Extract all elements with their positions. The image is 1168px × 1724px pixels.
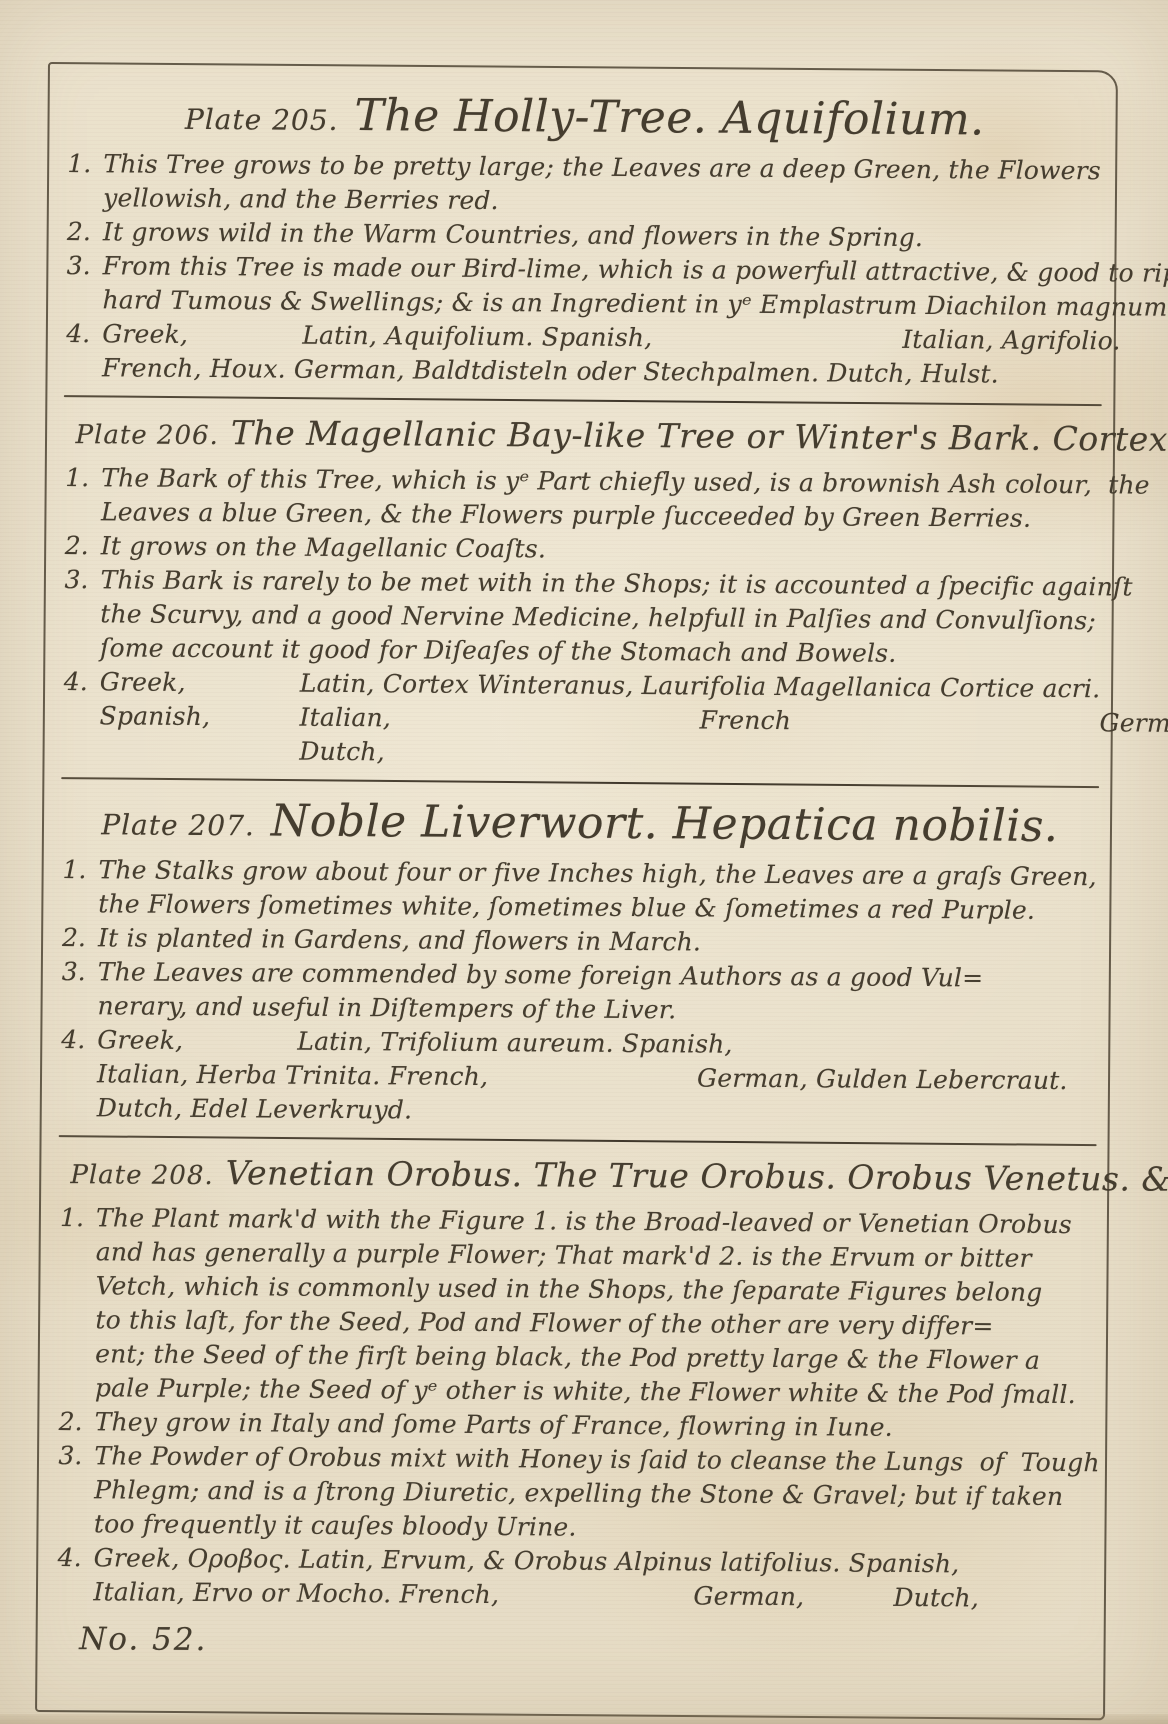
item-text: From this Tree is made our Bird-lime, wh… bbox=[102, 249, 1104, 324]
item-number: 3. bbox=[58, 1439, 94, 1473]
section-divider-rule bbox=[64, 395, 1102, 406]
item-number: 3. bbox=[64, 563, 100, 597]
item-number: 2. bbox=[62, 921, 98, 955]
item-number: 3. bbox=[67, 249, 103, 283]
item-number: 4. bbox=[66, 317, 102, 351]
plate-title: Noble Liverwort. Hepatica nobilis. bbox=[271, 795, 1059, 851]
plate-heading: Plate 208.Venetian Orobus. The True Orob… bbox=[56, 1152, 1098, 1198]
plate-sections: Plate 205.The Holly-Tree. Aquifolium. 1.… bbox=[53, 88, 1106, 1616]
plate-label: Plate 205. bbox=[185, 103, 339, 137]
item-text: Greek, Latin, Aquifolium. Spanish, Itali… bbox=[102, 317, 1104, 392]
item-text: This Tree grows to be pretty large; the … bbox=[103, 147, 1105, 222]
item-text: Greek, Οροβος. Latin, Ervum, & Orobus Al… bbox=[93, 1541, 1095, 1616]
plate-item: 4.Greek, Οροβος. Latin, Ervum, & Orobus … bbox=[57, 1541, 1095, 1616]
plate-items: 1.The Stalks grow about four or five Inc… bbox=[57, 853, 1101, 1132]
plate-section: Plate 205.The Holly-Tree. Aquifolium. 1.… bbox=[62, 88, 1106, 405]
page-bottom-edge bbox=[0, 1714, 1168, 1724]
item-line: Dutch, Edel Leverkruyd. bbox=[97, 1091, 1099, 1132]
item-text: Greek, Latin, Trifolium aureum. Spanish,… bbox=[97, 1023, 1100, 1132]
plate-item: 3.This Bark is rarely to be met with in … bbox=[64, 563, 1103, 672]
item-number: 4. bbox=[64, 665, 100, 699]
item-number: 3. bbox=[62, 955, 98, 989]
section-divider-rule bbox=[59, 1135, 1097, 1146]
plate-item: 3.From this Tree is made our Bird-lime, … bbox=[66, 249, 1104, 324]
page-content: Plate 205.The Holly-Tree. Aquifolium. 1.… bbox=[53, 86, 1106, 1664]
item-text: The Stalks grow about four or five Inche… bbox=[98, 853, 1100, 928]
item-number: 1. bbox=[60, 1201, 96, 1235]
plate-heading: Plate 205.The Holly-Tree. Aquifolium. bbox=[64, 88, 1106, 146]
item-text: The Bark of this Tree, which is yᵉ Part … bbox=[101, 461, 1103, 536]
item-number: 4. bbox=[61, 1023, 97, 1057]
plate-items: 1.The Plant mark'd with the Figure 1. is… bbox=[53, 1201, 1098, 1616]
plate-item: 1.This Tree grows to be pretty large; th… bbox=[67, 147, 1105, 222]
item-text: The Leaves are commended by some foreign… bbox=[97, 955, 1099, 1030]
item-line: Italian, Ervo or Mocho. French, German, … bbox=[93, 1575, 1095, 1616]
plate-items: 1.The Bark of this Tree, which is yᵉ Par… bbox=[59, 461, 1103, 774]
section-divider-rule bbox=[61, 777, 1099, 788]
plate-item: 1.The Stalks grow about four or five Inc… bbox=[62, 853, 1100, 928]
item-text: The Powder of Orobus mixt with Honey is … bbox=[94, 1439, 1097, 1548]
item-text: The Plant mark'd with the Figure 1. is t… bbox=[95, 1201, 1098, 1412]
item-line: Dutch, bbox=[99, 733, 1101, 774]
item-number: 1. bbox=[62, 853, 98, 887]
plate-title: Venetian Orobus. The True Orobus. Orobus… bbox=[226, 1153, 1168, 1200]
item-number: 2. bbox=[59, 1405, 95, 1439]
plate-title: The Holly-Tree. Aquifolium. bbox=[354, 90, 984, 145]
item-number: 1. bbox=[65, 461, 101, 495]
plate-heading: Plate 206.The Magellanic Bay-like Tree o… bbox=[61, 412, 1103, 458]
plate-item: 1.The Plant mark'd with the Figure 1. is… bbox=[59, 1201, 1098, 1412]
item-text: Greek, Latin, Cortex Winteranus, Laurifo… bbox=[99, 665, 1102, 774]
plate-section: Plate 207.Noble Liverwort. Hepatica nobi… bbox=[57, 794, 1101, 1145]
plate-section: Plate 206.The Magellanic Bay-like Tree o… bbox=[59, 412, 1104, 787]
plate-label: Plate 206. bbox=[75, 420, 219, 451]
plate-number-footer: No. 52. bbox=[79, 1621, 1095, 1664]
item-number: 1. bbox=[67, 147, 103, 181]
plate-item: 3.The Leaves are commended by some forei… bbox=[61, 955, 1099, 1030]
plate-item: 4.Greek, Latin, Aquifolium. Spanish, Ita… bbox=[66, 317, 1104, 392]
plate-item: 4.Greek, Latin, Cortex Winteranus, Lauri… bbox=[63, 665, 1102, 774]
item-number: 2. bbox=[67, 215, 103, 249]
plate-items: 1.This Tree grows to be pretty large; th… bbox=[62, 147, 1106, 392]
plate-item: 4.Greek, Latin, Trifolium aureum. Spanis… bbox=[61, 1023, 1100, 1132]
plate-label: Plate 208. bbox=[70, 1160, 214, 1191]
item-number: 2. bbox=[65, 529, 101, 563]
plate-label: Plate 207. bbox=[101, 808, 255, 842]
plate-heading: Plate 207.Noble Liverwort. Hepatica nobi… bbox=[59, 794, 1101, 852]
plate-section: Plate 208.Venetian Orobus. The True Orob… bbox=[53, 1152, 1098, 1616]
plate-item: 3.The Powder of Orobus mixt with Honey i… bbox=[58, 1439, 1097, 1548]
plate-title: The Magellanic Bay-like Tree or Winter's… bbox=[231, 413, 1168, 460]
item-line: French, Houx. German, Baldtdisteln oder … bbox=[102, 351, 1104, 392]
item-text: This Bark is rarely to be met with in th… bbox=[100, 563, 1103, 672]
plate-item: 1.The Bark of this Tree, which is yᵉ Par… bbox=[65, 461, 1103, 536]
item-number: 4. bbox=[58, 1541, 94, 1575]
